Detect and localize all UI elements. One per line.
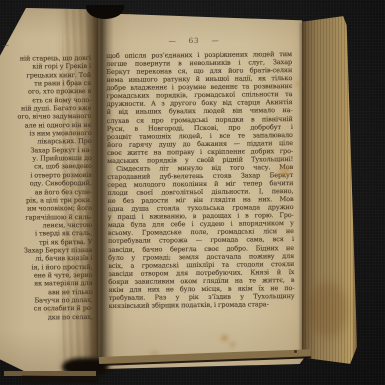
foxing-spot (230, 342, 235, 347)
foxing-spot (221, 335, 228, 341)
foxing-spot (279, 167, 290, 176)
ink-speck (294, 350, 297, 353)
foxing-spot (295, 81, 302, 87)
page-number-header: — 63 — (101, 35, 287, 46)
foxing-spot (150, 351, 159, 356)
text-line: дки по селах, (4, 313, 93, 322)
right-page-text: щоб опісля роз’єднаних і розріжнених люд… (106, 50, 295, 310)
right-page-edge-shadow (300, 22, 304, 358)
left-page-text: ній старець, що довгікій горі у Греків і… (2, 54, 93, 322)
fore-edge-stain (308, 282, 348, 338)
foxing-spot (46, 308, 54, 314)
book-cover-edge (22, 376, 98, 383)
left-page-header-fragment: — (2, 41, 16, 49)
